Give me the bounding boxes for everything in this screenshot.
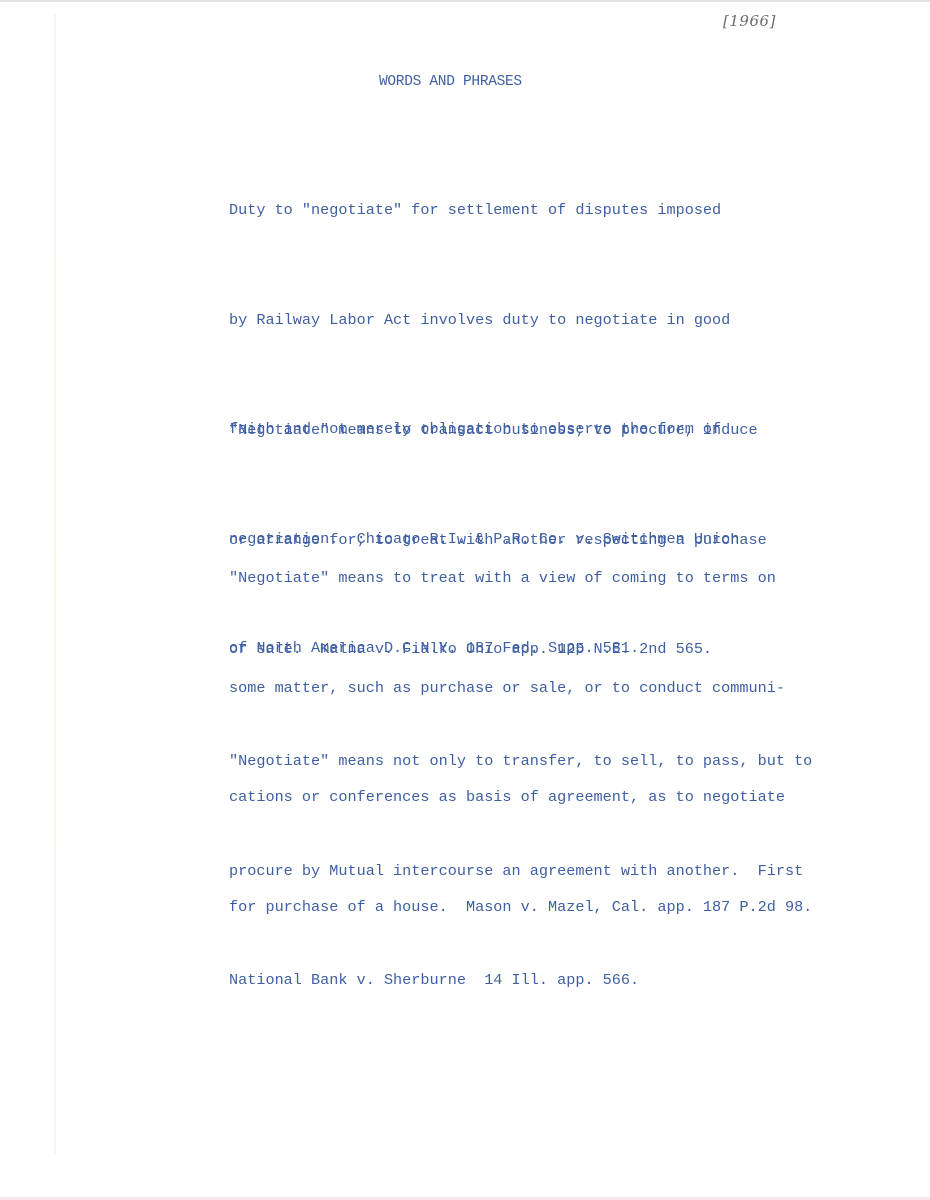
document-page: [1966] WORDS AND PHRASES Duty to "negoti… [0, 0, 930, 1200]
page-title: WORDS AND PHRASES [379, 74, 522, 90]
text-line: procure by Mutual intercourse an agreeme… [229, 853, 812, 890]
text-line: Duty to "negotiate" for settlement of di… [229, 192, 739, 229]
text-line: National Bank v. Sherburne 14 Ill. app. … [229, 962, 812, 999]
page-fold-line [54, 14, 56, 1154]
text-line: "Negotiate" means to transact business; … [229, 412, 767, 449]
definition-paragraph-4: "Negotiate" means not only to transfer, … [229, 670, 812, 1072]
text-line: "Negotiate" means not only to transfer, … [229, 743, 812, 780]
text-line: "Negotiate" means to treat with a view o… [229, 560, 812, 597]
text-line: by Railway Labor Act involves duty to ne… [229, 302, 739, 339]
handwritten-year-annotation: [1966] [723, 12, 776, 30]
